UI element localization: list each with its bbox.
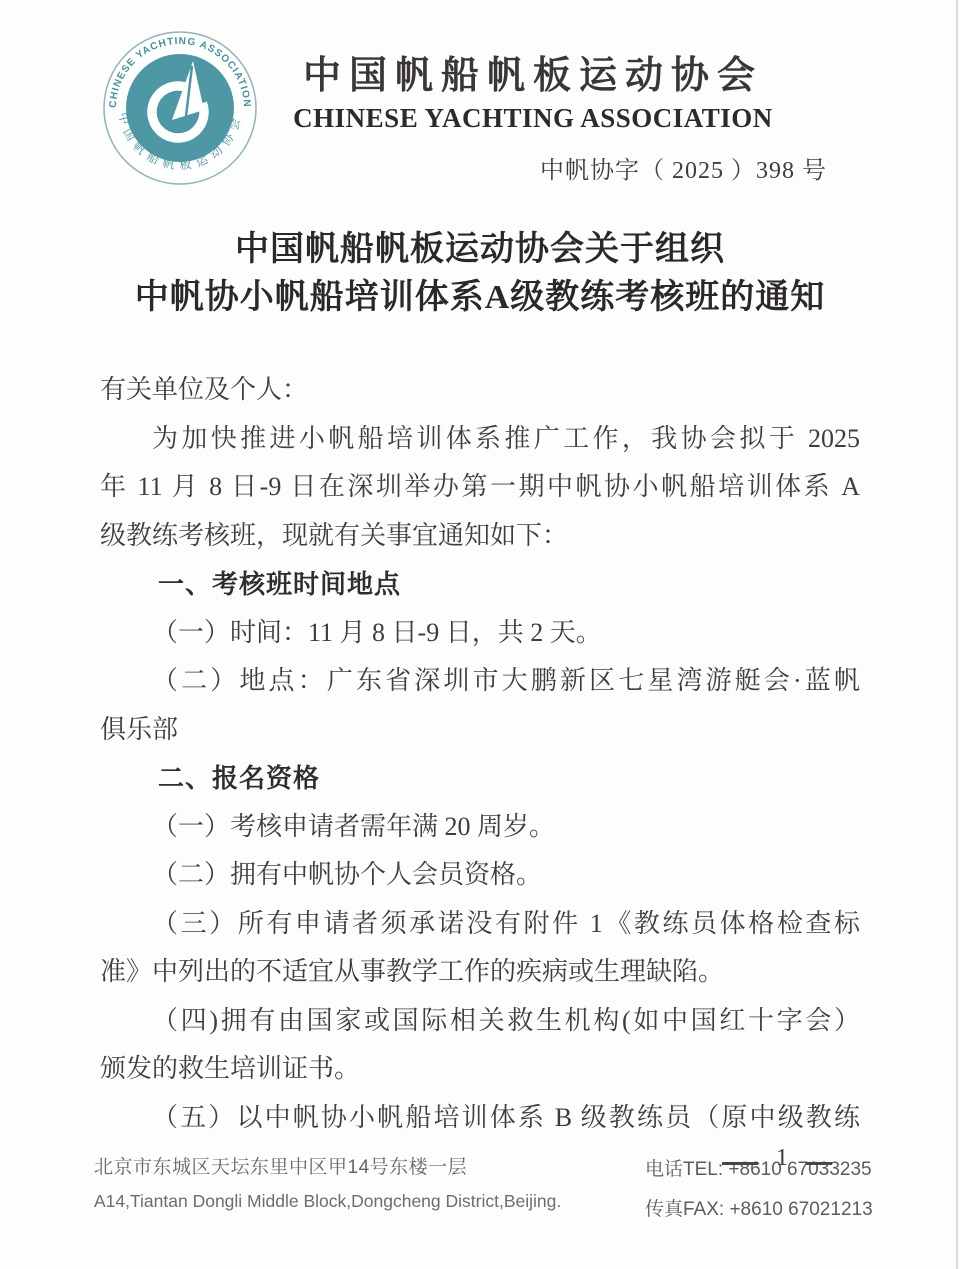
body-line: 准》中列出的不适宜从事教学工作的疾病或生理缺陷。 (100, 948, 860, 997)
section2-heading: 二、报名资格 (100, 754, 860, 803)
body-line: （四)拥有由国家或国际相关救生机构(如中国红十字会） (100, 997, 860, 1046)
notice-title: 中国帆船帆板运动协会关于组织 中帆协小帆船培训体系A级教练考核班的通知 (0, 226, 960, 322)
footer-address: 北京市东城区天坛东里中区甲14号东楼一层 A14,Tiantan Dongli … (94, 1152, 561, 1212)
org-name-block: 中国帆船帆板运动协会 CHINESE YACHTING ASSOCIATION (268, 44, 798, 134)
body-line: 级教练考核班，现就有关事宜通知如下： (100, 512, 860, 561)
notice-body: 有关单位及个人： 为加快推进小帆船培训体系推广工作，我协会拟于 2025 年 1… (100, 366, 860, 1142)
body-line: （二）地点：广东省深圳市大鹏新区七星湾游艇会·蓝帆 (100, 657, 860, 706)
footer-tel: 电话TEL: +8610 67033235 (645, 1154, 873, 1181)
body-line: 俱乐部 (100, 706, 860, 755)
footer-contacts: 电话TEL: +8610 67033235 传真FAX: +8610 67021… (645, 1154, 873, 1221)
body-line: （五）以中帆协小帆船培训体系 B 级教练员（原中级教练 (100, 1094, 860, 1143)
body-line: （一）考核申请者需年满 20 周岁。 (100, 803, 860, 852)
notice-title-line1: 中国帆船帆板运动协会关于组织 (0, 226, 960, 274)
body-line: 颁发的救生培训证书。 (100, 1045, 860, 1094)
cya-logo-svg: CHINESE YACHTING ASSOCIATION 中国帆船帆板运动协会 (100, 28, 260, 188)
org-name-cn: 中国帆船帆板运动协会 (268, 44, 798, 99)
body-line: 为加快推进小帆船培训体系推广工作，我协会拟于 2025 (100, 415, 860, 464)
body-line: 年 11 月 8 日-9 日在深圳举办第一期中帆协小帆船培训体系 A (100, 463, 860, 512)
org-name-en: CHINESE YACHTING ASSOCIATION (268, 103, 798, 134)
salutation: 有关单位及个人： (100, 366, 860, 415)
footer-address-cn: 北京市东城区天坛东里中区甲14号东楼一层 (94, 1152, 561, 1179)
body-line: （一）时间：11 月 8 日-9 日，共 2 天。 (100, 609, 860, 658)
footer-address-en: A14,Tiantan Dongli Middle Block,Dongchen… (94, 1191, 561, 1212)
footer-fax: 传真FAX: +8610 67021213 (645, 1194, 873, 1221)
scan-artifact-line (956, 0, 958, 1269)
notice-title-line2: 中帆协小帆船培训体系A级教练考核班的通知 (0, 274, 960, 322)
scanned-notice-page: CHINESE YACHTING ASSOCIATION 中国帆船帆板运动协会 … (0, 0, 960, 1269)
section1-heading: 一、考核班时间地点 (100, 560, 860, 609)
cya-logo: CHINESE YACHTING ASSOCIATION 中国帆船帆板运动协会 (100, 28, 260, 188)
body-line: （三）所有申请者须承诺没有附件 1《教练员体格检查标 (100, 900, 860, 949)
body-line: （二）拥有中帆协个人会员资格。 (100, 851, 860, 900)
doc-number: 中帆协字（ 2025 ）398 号 (540, 150, 840, 185)
